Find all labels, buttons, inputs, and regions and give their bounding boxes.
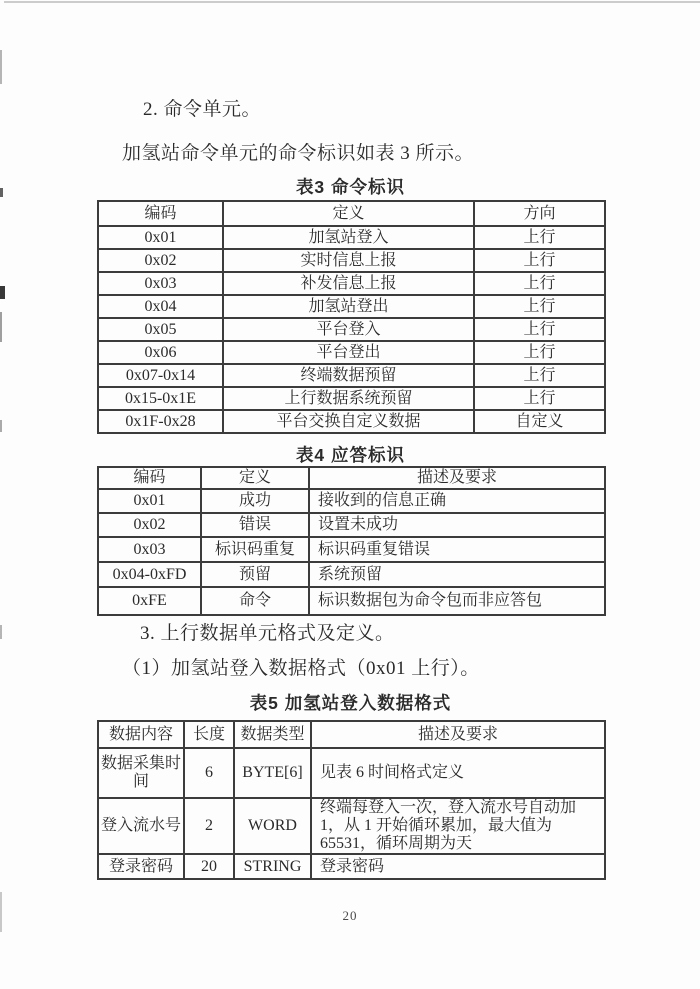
table-cell: 自定义	[474, 410, 605, 433]
table-row: 0x04-0xFD 预留 系统预留	[98, 562, 605, 587]
scan-artifact	[0, 625, 2, 639]
table-cell: 0x03	[98, 272, 223, 295]
table-cell: 20	[184, 854, 234, 879]
table-cell: 上行	[474, 295, 605, 318]
scan-artifact	[0, 50, 2, 84]
table-cell: 0xFE	[98, 587, 201, 615]
scan-artifact	[0, 286, 5, 299]
header-cell: 数据内容	[98, 721, 184, 748]
table-cell: 登录密码	[311, 854, 605, 879]
table4-response-identifiers: 编码 定义 描述及要求 0x01 成功 接收到的信息正确 0x02 错误 设置未…	[97, 466, 606, 616]
table-cell: 0x04	[98, 295, 223, 318]
table-cell: 0x15-0x1E	[98, 387, 223, 410]
table3-title: 表3 命令标识	[97, 174, 604, 199]
table-row: 0x06 平台登出 上行	[98, 341, 605, 364]
table-cell: 登录密码	[98, 854, 184, 879]
table-cell: 系统预留	[309, 562, 605, 587]
section2-paragraph: 加氢站命令单元的命令标识如表 3 所示。	[122, 138, 474, 165]
table-cell: 实时信息上报	[223, 249, 474, 272]
scan-artifact	[0, 312, 2, 342]
table-cell: 预留	[201, 562, 309, 587]
table-cell: 登入流水号	[98, 798, 184, 854]
table-cell: 0x03	[98, 537, 201, 562]
table-row: 0x04 加氢站登出 上行	[98, 295, 605, 318]
table-cell: WORD	[234, 798, 311, 854]
table-cell: 数据采集时间	[98, 748, 184, 798]
table-row: 登入流水号 2 WORD 终端每登入一次，登入流水号自动加 1，从 1 开始循环…	[98, 798, 605, 854]
table-row: 0x07-0x14 终端数据预留 上行	[98, 364, 605, 387]
table-header-row: 数据内容 长度 数据类型 描述及要求	[98, 721, 605, 748]
scanned-document-page: 2. 命令单元。 加氢站命令单元的命令标识如表 3 所示。 表3 命令标识 编码…	[0, 0, 700, 989]
header-cell: 定义	[223, 201, 474, 226]
header-cell: 长度	[184, 721, 234, 748]
table-cell: 标识数据包为命令包而非应答包	[309, 587, 605, 615]
section2-heading: 2. 命令单元。	[143, 94, 261, 121]
table-cell: 上行数据系统预留	[223, 387, 474, 410]
table-cell: 上行	[474, 341, 605, 364]
table-cell: 上行	[474, 226, 605, 249]
table-row: 登录密码 20 STRING 登录密码	[98, 854, 605, 879]
table-cell: 0x1F-0x28	[98, 410, 223, 433]
table-row: 0x02 错误 设置未成功	[98, 513, 605, 537]
table-cell: 接收到的信息正确	[309, 489, 605, 513]
table-row: 0x15-0x1E 上行数据系统预留 上行	[98, 387, 605, 410]
table-cell: 0x05	[98, 318, 223, 341]
table-row: 0x05 平台登入 上行	[98, 318, 605, 341]
header-cell: 编码	[98, 201, 223, 226]
table-cell: 标识码重复	[201, 537, 309, 562]
section3-paragraph: （1）加氢站登入数据格式（0x01 上行）。	[122, 653, 480, 680]
table3-command-identifiers: 编码 定义 方向 0x01 加氢站登入 上行 0x02 实时信息上报 上行 0x…	[97, 200, 606, 434]
table-cell: 上行	[474, 387, 605, 410]
table-cell: 上行	[474, 249, 605, 272]
table-cell: 0x06	[98, 341, 223, 364]
table-header-row: 编码 定义 描述及要求	[98, 467, 605, 489]
table-cell: 终端数据预留	[223, 364, 474, 387]
header-cell: 数据类型	[234, 721, 311, 748]
table-row: 0x1F-0x28 平台交换自定义数据 自定义	[98, 410, 605, 433]
header-cell: 描述及要求	[309, 467, 605, 489]
table-cell: 平台登出	[223, 341, 474, 364]
table-cell: 加氢站登入	[223, 226, 474, 249]
table5-login-data-format: 数据内容 长度 数据类型 描述及要求 数据采集时间 6 BYTE[6] 见表 6…	[97, 720, 606, 880]
table-cell: 补发信息上报	[223, 272, 474, 295]
scan-artifact-top-line	[4, 1, 700, 3]
table-row: 0x01 成功 接收到的信息正确	[98, 489, 605, 513]
table-cell: 上行	[474, 272, 605, 295]
table4-title: 表4 应答标识	[97, 442, 604, 467]
table-cell: 标识码重复错误	[309, 537, 605, 562]
table-row: 0x01 加氢站登入 上行	[98, 226, 605, 249]
table-cell: 平台交换自定义数据	[223, 410, 474, 433]
table5-title: 表5 加氢站登入数据格式	[97, 690, 604, 715]
table-cell: 0x04-0xFD	[98, 562, 201, 587]
table-cell: 错误	[201, 513, 309, 537]
table-cell: 上行	[474, 318, 605, 341]
header-cell: 描述及要求	[311, 721, 605, 748]
section3-heading: 3. 上行数据单元格式及定义。	[140, 618, 395, 645]
table-cell: 0x01	[98, 226, 223, 249]
table-cell: 0x02	[98, 249, 223, 272]
header-cell: 方向	[474, 201, 605, 226]
table-row: 0xFE 命令 标识数据包为命令包而非应答包	[98, 587, 605, 615]
table-cell: 加氢站登出	[223, 295, 474, 318]
table-cell: 6	[184, 748, 234, 798]
table-cell: 0x01	[98, 489, 201, 513]
table-cell: 见表 6 时间格式定义	[311, 748, 605, 798]
table-row: 0x03 标识码重复 标识码重复错误	[98, 537, 605, 562]
scan-artifact	[0, 420, 2, 432]
page-number: 20	[0, 908, 700, 924]
table-header-row: 编码 定义 方向	[98, 201, 605, 226]
table-cell: 0x02	[98, 513, 201, 537]
table-cell: 命令	[201, 587, 309, 615]
table-cell: 2	[184, 798, 234, 854]
table-cell: 设置未成功	[309, 513, 605, 537]
table-row: 0x02 实时信息上报 上行	[98, 249, 605, 272]
table-cell: STRING	[234, 854, 311, 879]
table-row: 数据采集时间 6 BYTE[6] 见表 6 时间格式定义	[98, 748, 605, 798]
table-cell: 成功	[201, 489, 309, 513]
table-cell: 平台登入	[223, 318, 474, 341]
header-cell: 定义	[201, 467, 309, 489]
header-cell: 编码	[98, 467, 201, 489]
table-cell: 终端每登入一次，登入流水号自动加 1，从 1 开始循环累加，最大值为 65531…	[311, 798, 605, 854]
scan-artifact	[0, 188, 3, 197]
table-cell: 上行	[474, 364, 605, 387]
table-cell: 0x07-0x14	[98, 364, 223, 387]
table-cell: BYTE[6]	[234, 748, 311, 798]
table-row: 0x03 补发信息上报 上行	[98, 272, 605, 295]
